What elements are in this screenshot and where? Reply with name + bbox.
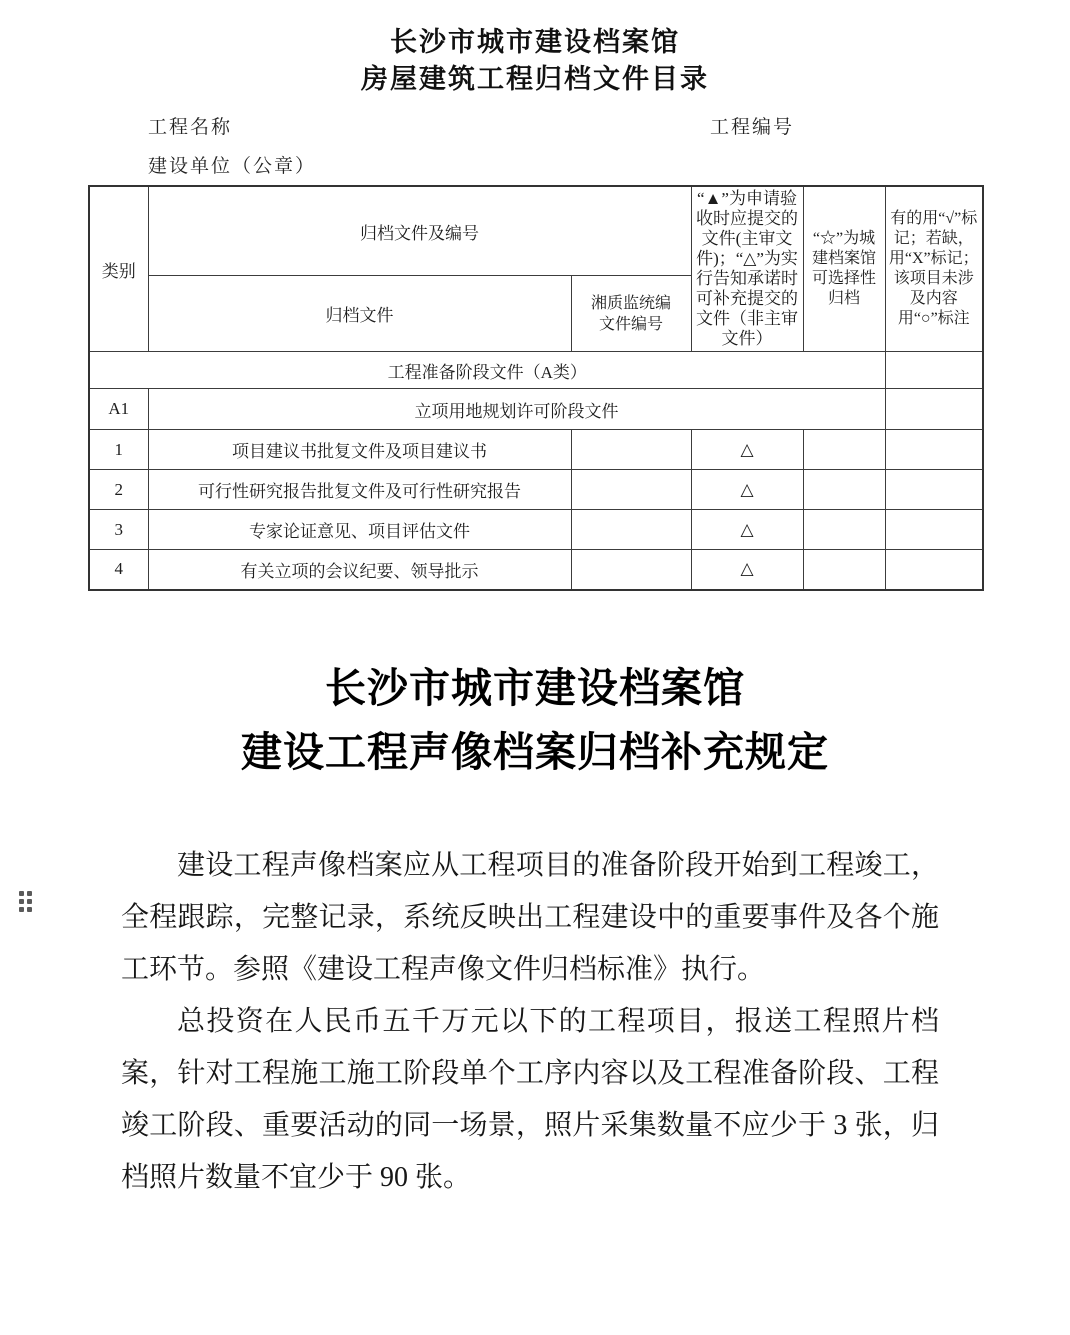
section2-body: 建设工程声像档案应从工程项目的准备阶段开始到工程竣工，全程跟踪，完整记录，系统反… [121,840,939,1204]
archive-catalog-table: 类别 归档文件及编号 “▲”为申请验收时应提交的文件(主审文件)；“△”为实行告… [88,185,984,591]
empty-cell [885,352,983,389]
header-star-legend: “☆”为城建档案馆可选择性归档 [803,186,885,352]
row-triangle-mark: △ [691,430,803,470]
row-doc-name: 专家论证意见、项目评估文件 [148,510,571,550]
doc-title-line2: 房屋建筑工程归档文件目录 [0,57,1070,96]
paragraph-2: 总投资在人民币五千万元以下的工程项目，报送工程照片档案，针对工程施工施工阶段单个… [121,996,939,1204]
table-row: 1 项目建议书批复文件及项目建议书 △ [89,430,983,470]
row-number: 3 [89,510,148,550]
table-row: 2 可行性研究报告批复文件及可行性研究报告 △ [89,470,983,510]
header-docs-and-number: 归档文件及编号 [148,186,691,276]
drag-handle-icon[interactable] [19,891,32,912]
document-page: 长沙市城市建设档案馆 房屋建筑工程归档文件目录 工程名称 工程编号 建设单位（公… [0,0,1070,1335]
row-star-mark [803,550,885,590]
row-doc-name: 项目建议书批复文件及项目建议书 [148,430,571,470]
row-triangle-mark: △ [691,550,803,590]
doc-title-line1: 长沙市城市建设档案馆 [0,20,1070,59]
row-number: 4 [89,550,148,590]
row-number: 2 [89,470,148,510]
project-number-label: 工程编号 [710,112,794,139]
section2-title-line1: 长沙市城市建设档案馆 [0,655,1070,714]
row-xiang-number [571,510,691,550]
row-check-mark [885,550,983,590]
row-triangle-mark: △ [691,510,803,550]
empty-cell [885,389,983,430]
row-doc-name: 可行性研究报告批复文件及可行性研究报告 [148,470,571,510]
row-star-mark [803,470,885,510]
build-unit-label: 建设单位（公章） [148,151,316,178]
header-mark-legend: 有的用“√”标记；若缺，用“X”标记；该项目未涉及内容用“○”标注 [885,186,983,352]
row-check-mark [885,510,983,550]
table-row: 4 有关立项的会议纪要、领导批示 △ [89,550,983,590]
table-header-row-1: 类别 归档文件及编号 “▲”为申请验收时应提交的文件(主审文件)；“△”为实行告… [89,186,983,276]
row-number: 1 [89,430,148,470]
row-triangle-mark: △ [691,470,803,510]
row-xiang-number [571,430,691,470]
row-xiang-number [571,550,691,590]
section-row-a: 工程准备阶段文件（A类） [89,352,983,389]
row-xiang-number [571,470,691,510]
header-triangle-legend: “▲”为申请验收时应提交的文件(主审文件)；“△”为实行告知承诺时可补充提交的文… [691,186,803,352]
header-docs: 归档文件 [148,276,571,352]
row-star-mark [803,510,885,550]
row-check-mark [885,470,983,510]
row-star-mark [803,430,885,470]
row-check-mark [885,430,983,470]
section2-title-line2: 建设工程声像档案归档补充规定 [0,719,1070,778]
subsection-row-a1: A1 立项用地规划许可阶段文件 [89,389,983,430]
project-name-label: 工程名称 [148,112,232,139]
table-row: 3 专家论证意见、项目评估文件 △ [89,510,983,550]
subsection-title: 立项用地规划许可阶段文件 [148,389,885,430]
section-a-title: 工程准备阶段文件（A类） [89,352,885,389]
header-category: 类别 [89,186,148,352]
row-doc-name: 有关立项的会议纪要、领导批示 [148,550,571,590]
subsection-code: A1 [89,389,148,430]
header-xiang-number: 湘质监统编 文件编号 [571,276,691,352]
paragraph-1: 建设工程声像档案应从工程项目的准备阶段开始到工程竣工，全程跟踪，完整记录，系统反… [121,840,939,996]
